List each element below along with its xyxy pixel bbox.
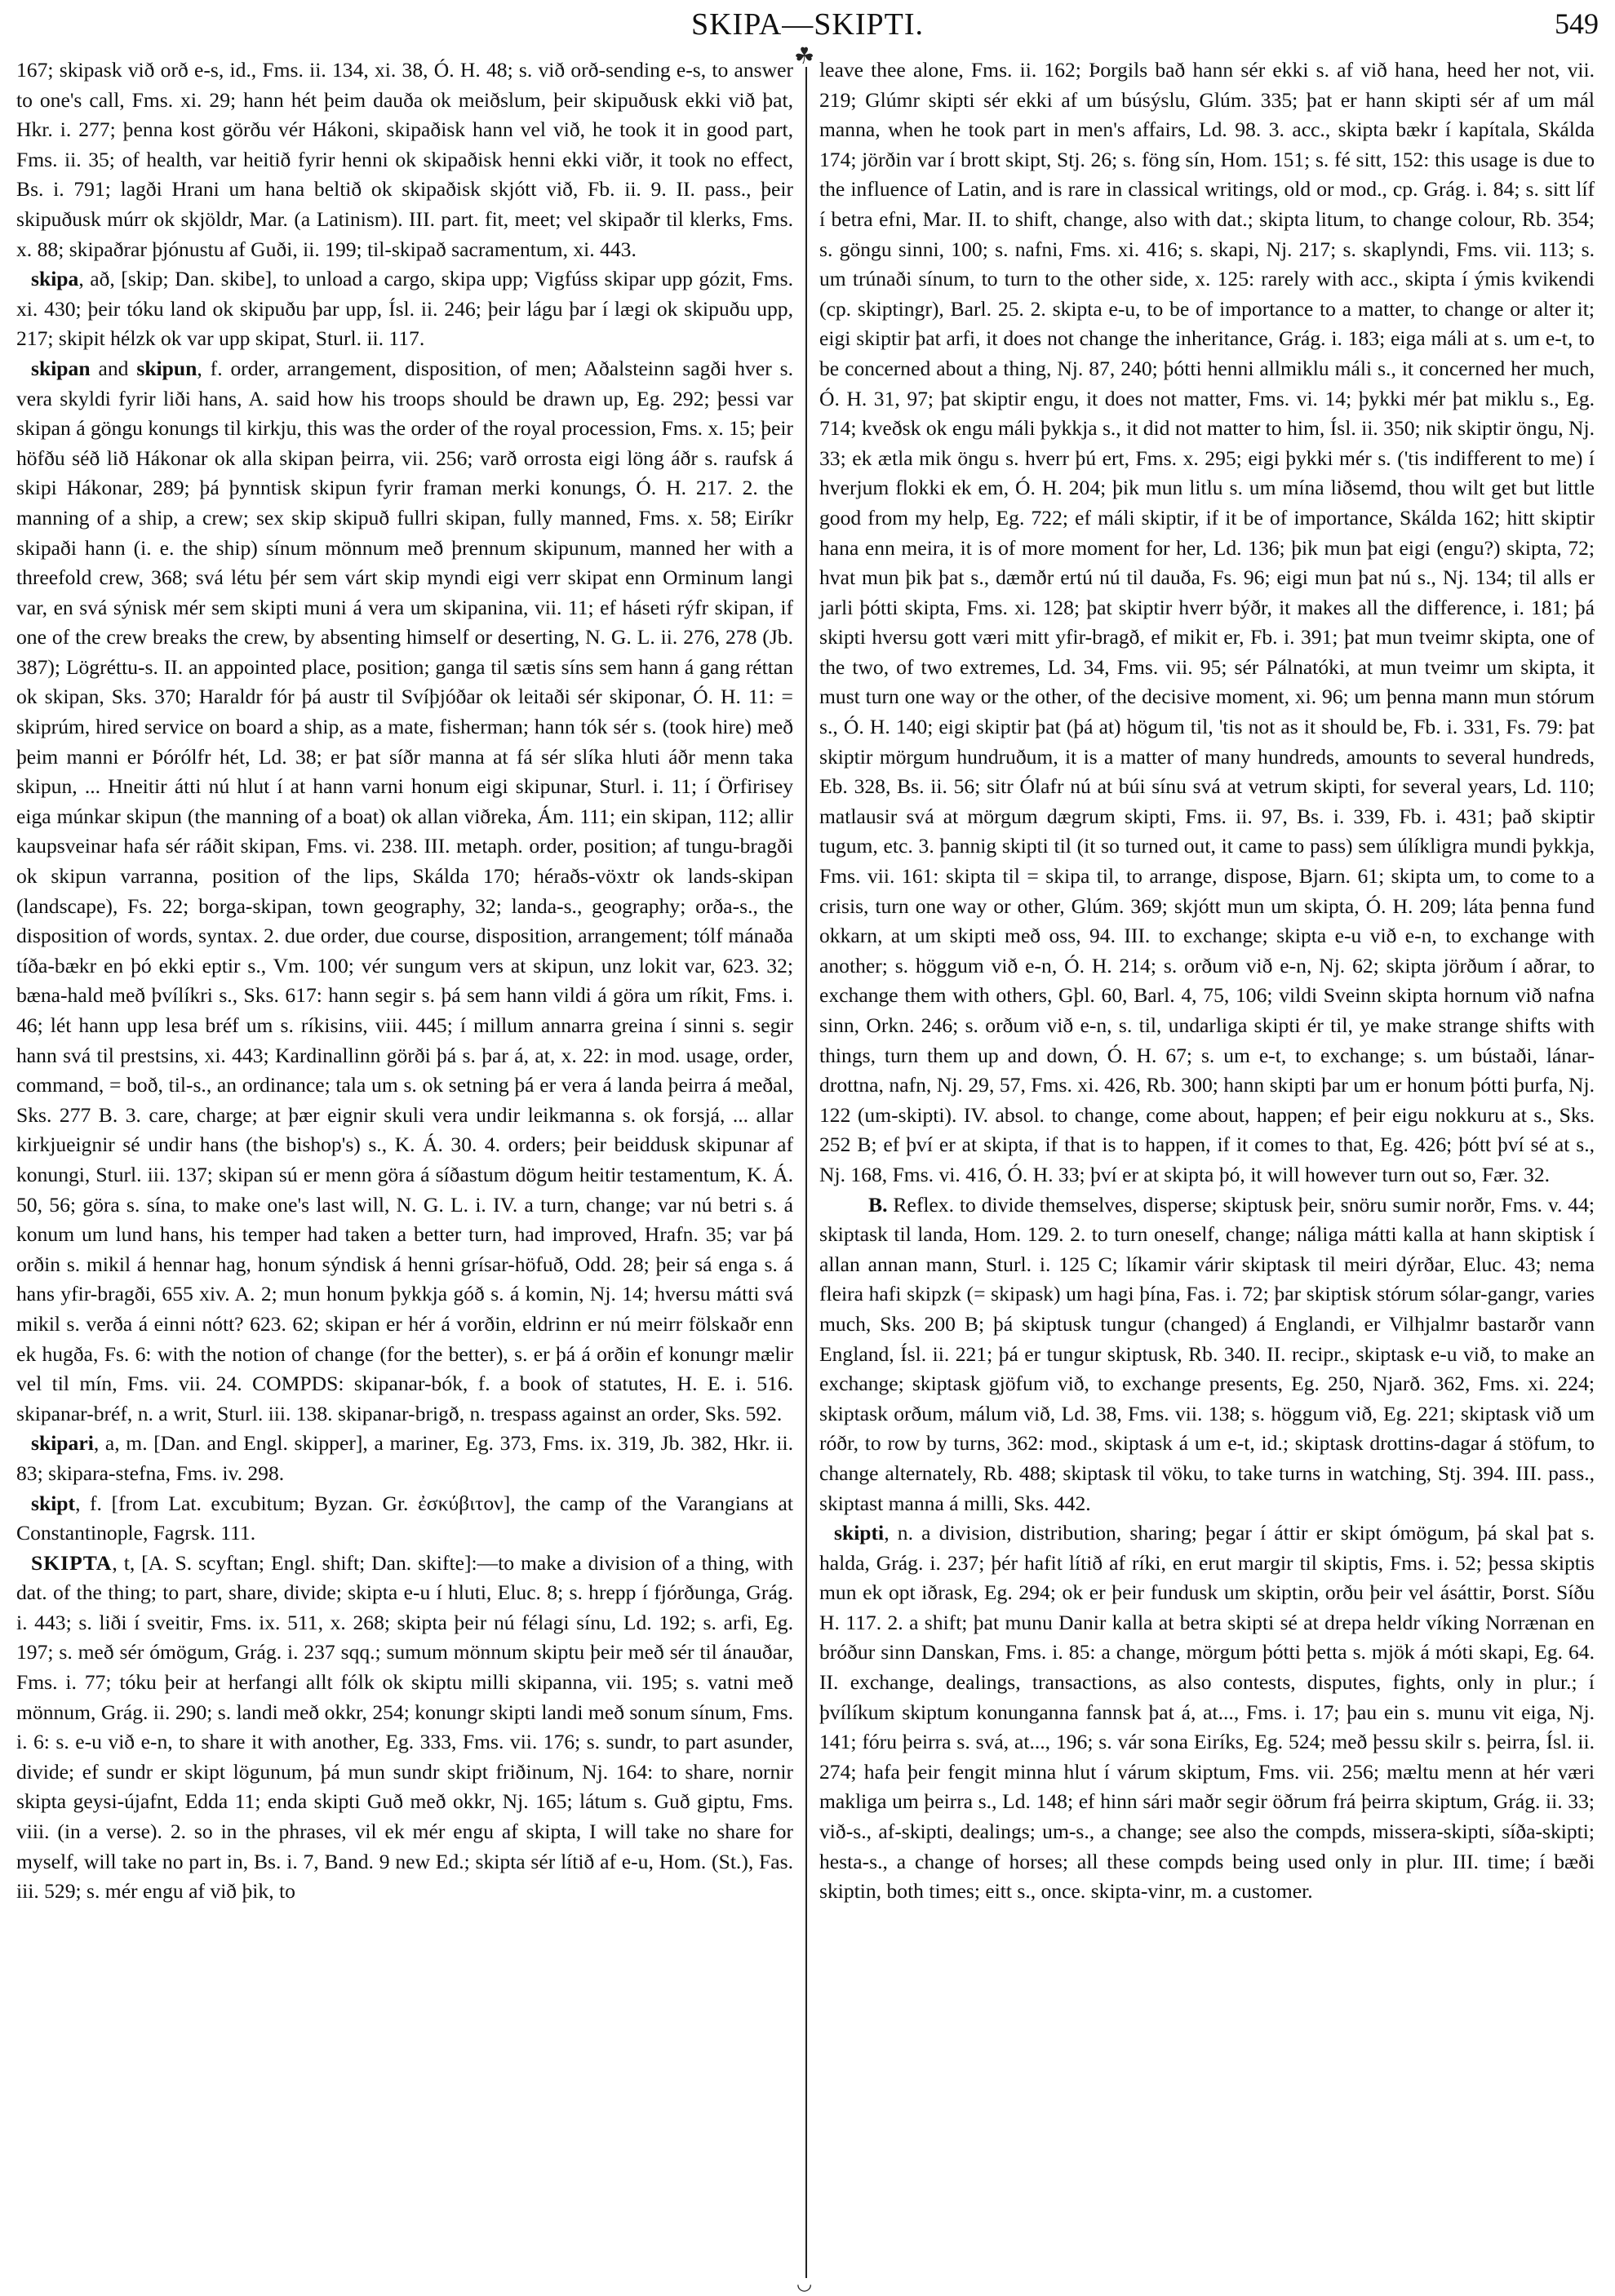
entry-body: , að, [skip; Dan. skibe], to unload a ca…	[16, 267, 793, 350]
section-label: B.	[868, 1193, 887, 1217]
headword-alt: skipun	[136, 357, 197, 380]
left-column: 167; skipask við orð e-s, id., Fms. ii. …	[16, 55, 793, 1907]
dictionary-entry: skipa, að, [skip; Dan. skibe], to unload…	[16, 264, 793, 354]
headword: skipti	[834, 1521, 884, 1545]
headword: skipa	[31, 267, 78, 290]
cup-ornament-icon: ◡	[796, 2275, 812, 2293]
entry-body: , a, m. [Dan. and Engl. skipper], a mari…	[16, 1431, 793, 1485]
headword: skipan	[31, 357, 91, 380]
dictionary-entry: skipt, f. [from Lat. excubitum; Byzan. G…	[16, 1489, 793, 1549]
page-header: SKIPA—SKIPTI. 549	[0, 7, 1615, 47]
block-text: 167; skipask við orð e-s, id., Fms. ii. …	[16, 58, 793, 261]
column-divider	[805, 67, 807, 2278]
dictionary-entry: skipti, n. a division, distribution, sha…	[819, 1518, 1595, 1907]
entry-body: , f. [from Lat. excubitum; Byzan. Gr. ἐσ…	[16, 1492, 793, 1545]
dictionary-entry: skipari, a, m. [Dan. and Engl. skipper],…	[16, 1429, 793, 1488]
entry-body: , f. order, arrangement, disposition, of…	[16, 357, 793, 1425]
headword: SKIPTA	[31, 1551, 112, 1575]
dictionary-entry: SKIPTA, t, [A. S. scyftan; Engl. shift; …	[16, 1549, 793, 1907]
right-column: leave thee alone, Fms. ii. 162; Þorgils …	[819, 55, 1595, 1907]
section-body: Reflex. to divide themselves, disperse; …	[819, 1193, 1595, 1515]
running-head: SKIPA—SKIPTI.	[0, 7, 1615, 42]
entry-body: , t, [A. S. scyftan; Engl. shift; Dan. s…	[16, 1551, 793, 1904]
dictionary-entry: skipan and skipun, f. order, arrangement…	[16, 354, 793, 1429]
section-block: B. Reflex. to divide themselves, dispers…	[819, 1190, 1595, 1519]
continuation-text: 167; skipask við orð e-s, id., Fms. ii. …	[16, 55, 793, 264]
continuation-text: leave thee alone, Fms. ii. 162; Þorgils …	[819, 55, 1595, 1190]
headword: skipari	[31, 1431, 94, 1455]
trefoil-ornament-icon: ☘	[794, 46, 814, 69]
block-text: leave thee alone, Fms. ii. 162; Þorgils …	[819, 58, 1595, 1186]
page-number: 549	[1555, 7, 1599, 41]
headword: skipt	[31, 1492, 75, 1515]
entry-body: , n. a division, distribution, sharing; …	[819, 1521, 1595, 1903]
